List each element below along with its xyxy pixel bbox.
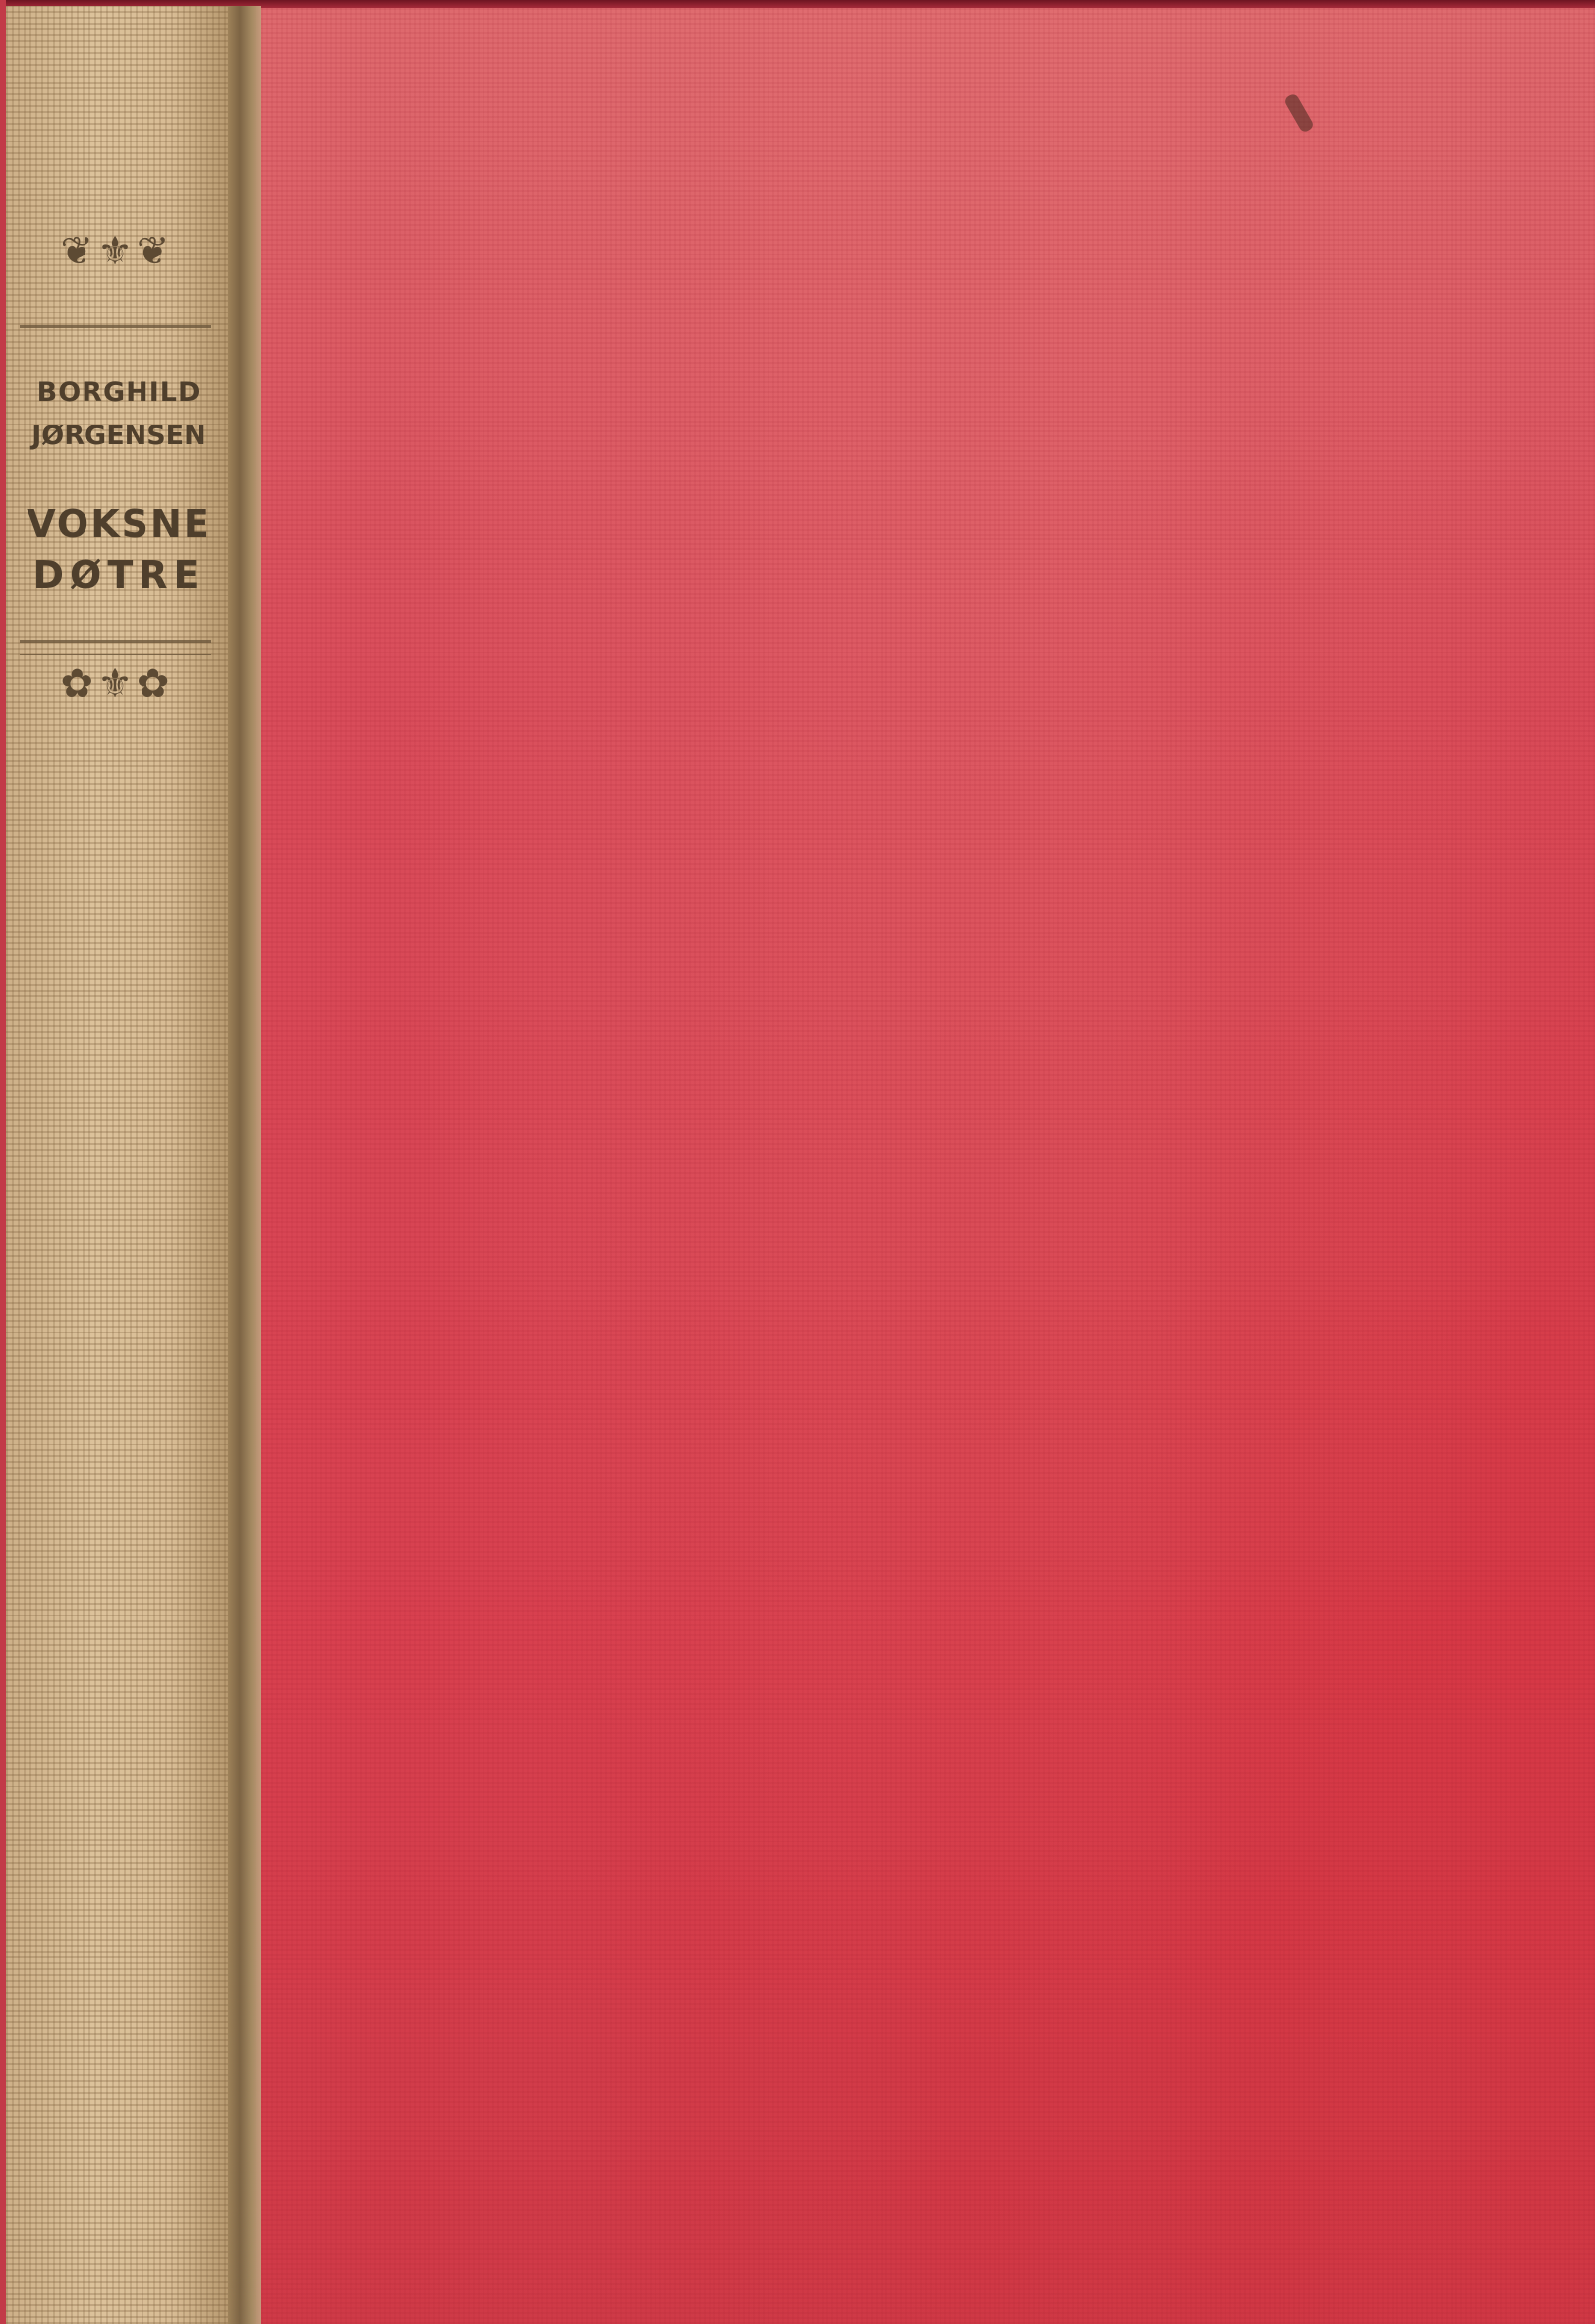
floral-ornament-top-icon: ❦⚜❦ (24, 232, 210, 271)
spine-rule-bottom (20, 640, 211, 643)
floral-ornament-bottom-icon: ✿⚜✿ (24, 664, 210, 704)
spine-hinge (228, 6, 261, 2324)
book-spine: ❦⚜❦ BORGHILD JØRGENSEN VOKSNE DØTRE ✿⚜✿ (6, 6, 228, 2324)
author-first-name: BORGHILD (16, 377, 222, 408)
spine-rule-top (20, 325, 211, 328)
title-line-2: DØTRE (16, 553, 222, 596)
title-line-1: VOKSNE (16, 502, 222, 545)
spine-rule-bottom-thin (20, 654, 211, 655)
front-cover (261, 8, 1595, 2324)
author-last-name: JØRGENSEN (16, 421, 222, 451)
book-scan: ❦⚜❦ BORGHILD JØRGENSEN VOKSNE DØTRE ✿⚜✿ (0, 0, 1595, 2324)
